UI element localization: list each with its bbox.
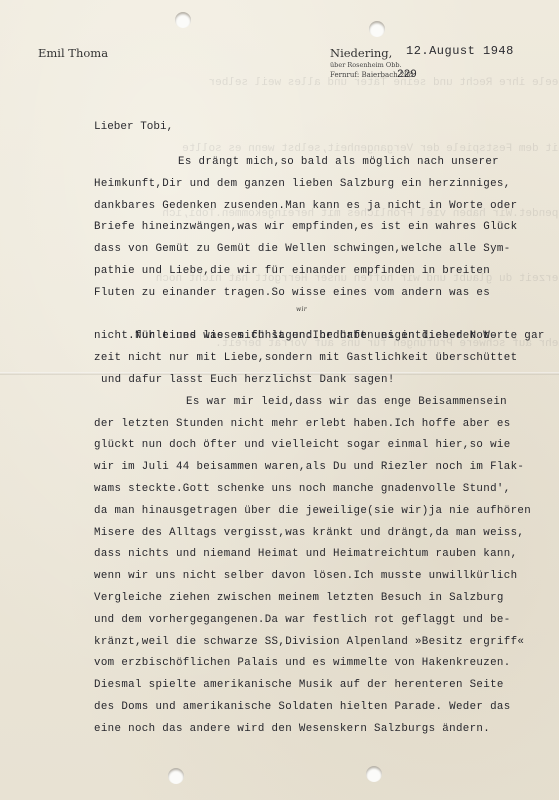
- body-line: dass nichts und niemand Heimat und Heima…: [0, 544, 559, 566]
- body-line: eine noch das andere wird den Wesenskern…: [0, 719, 559, 741]
- body-line: Heimkunft,Dir und dem ganzen lieben Salz…: [0, 174, 559, 196]
- punch-hole-icon: [175, 12, 191, 28]
- body-line: zeit nicht nur mit Liebe,sondern mit Gas…: [0, 348, 559, 370]
- body-line: Briefe hineinzwängen,was wir empfinden,e…: [0, 217, 559, 239]
- body-line: Vergleiche ziehen zwischen meinem letzte…: [0, 588, 559, 610]
- body-line: vom erzbischöflichen Palais und es wimme…: [0, 653, 559, 675]
- body-line: der letzten Stunden nicht mehr erlebt ha…: [0, 414, 559, 436]
- body-line: und dafur lasst Euch herzlichst Dank sag…: [0, 370, 559, 392]
- body-line: nicht.Nur eines lass mich sagen:Ihr habt…: [0, 326, 559, 348]
- body-line: Misere des Alltags vergisst,was kränkt u…: [0, 523, 559, 545]
- handwritten-insertion: wir: [296, 299, 307, 321]
- body-line: kränzt,weil die schwarze SS,Division Alp…: [0, 632, 559, 654]
- body-line: wenn wir uns nicht selber davon lösen.Ic…: [0, 566, 559, 588]
- body-line: und dem vorhergegangenen.Da war festlich…: [0, 610, 559, 632]
- body-line: Es drängt mich,so bald als möglich nach …: [0, 152, 559, 174]
- body-line: wir im Juli 44 beisammen waren,als Du un…: [0, 457, 559, 479]
- body-line: fühlt und wie es fühlt und bedürfen eige…: [0, 305, 559, 327]
- body-line: da man hinausgetragen über die jeweilige…: [0, 501, 559, 523]
- body-line: Diesmal spielte amerikanische Musik auf …: [0, 675, 559, 697]
- body-line: dass von Gemüt zu Gemüt die Wellen schwi…: [0, 239, 559, 261]
- letterhead-phone-number: 229: [397, 69, 417, 81]
- body-line: des Doms und amerikanische Soldaten hiel…: [0, 697, 559, 719]
- letter-body: Es drängt mich,so bald als möglich nach …: [0, 152, 559, 741]
- body-line: wams steckte.Gott schenke uns noch manch…: [0, 479, 559, 501]
- letter-page: Seele ihre Recht und seine Täter und all…: [0, 0, 559, 800]
- letterhead-place: Niedering,: [330, 46, 392, 60]
- letterhead-via: über Rosenheim Obb.: [330, 61, 402, 69]
- body-line: Fluten zu einander tragen.So wisse eines…: [0, 283, 559, 305]
- letter-date: 12.August 1948: [406, 44, 514, 58]
- salutation: Lieber Tobi,: [94, 121, 173, 133]
- sender-name: Emil Thoma: [38, 46, 108, 60]
- punch-hole-icon: [369, 21, 385, 37]
- body-line: dankbares Gedenken zusenden.Man kann es …: [0, 196, 559, 218]
- body-line: Es war mir leid,dass wir das enge Beisam…: [0, 392, 559, 414]
- bleed-line: Seele ihre Recht und seine Täter und all…: [95, 73, 559, 95]
- punch-hole-icon: [168, 768, 184, 784]
- body-line: glückt nun doch öfter und vielleicht sog…: [0, 435, 559, 457]
- body-line: pathie und Liebe,die wir für einander em…: [0, 261, 559, 283]
- punch-hole-icon: [366, 766, 382, 782]
